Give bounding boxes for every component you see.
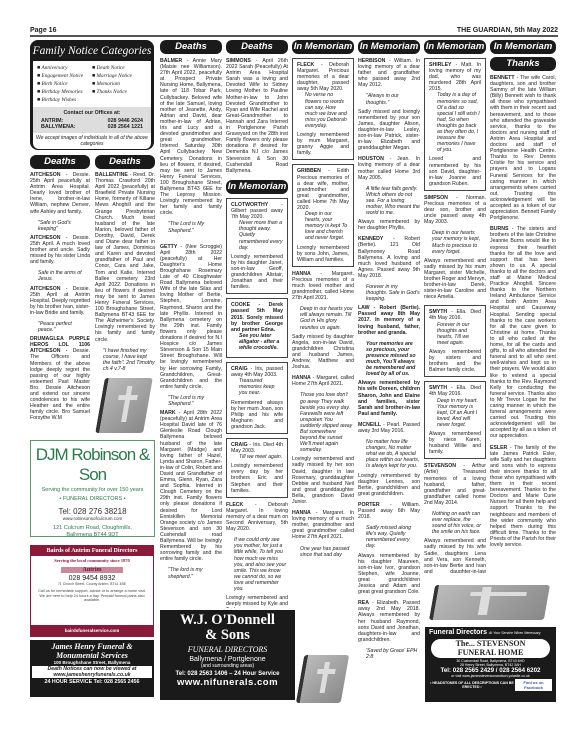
ad-name: & Sons xyxy=(160,628,295,643)
memoriam-notice: LAW - Robert (Bertie). Passed away 8th M… xyxy=(358,305,420,335)
deaths-column-4: SIMMONS - April 26th 2022 Sarah (Peacefu… xyxy=(226,58,288,178)
ad-website: www.nifunerals.com xyxy=(160,677,295,688)
notice-text: Sadly missed by daughter Angela, son-in-… xyxy=(292,334,354,371)
notice-text: Always remembered and sadly missed by hi… xyxy=(424,258,486,301)
category-item: Birthday Wishes xyxy=(37,96,92,104)
ad-address: 71 Church Street, County Antrim, BT41 4B… xyxy=(31,582,153,586)
ad-phone: Tel: 028 276 38218 xyxy=(31,507,154,516)
memoriam-notice: COOKE - Derek passed 5th May 2015. Sorel… xyxy=(226,298,288,358)
category-item: Birthday Memories xyxy=(37,88,92,96)
memoriam-notice: CLOTWORTHY - Gilbert passed away 7th May… xyxy=(226,198,288,294)
memoriam-notice: FLECK - Deborah Margaret. In loving memo… xyxy=(226,502,288,532)
memoriam-notice: FLECK - Deborah Margaret. Precious memor… xyxy=(292,58,354,160)
deaths-header: Deaths xyxy=(30,155,90,169)
memoriam-column-7: SHIRLEY - Matt. In loving memory of my d… xyxy=(424,58,486,573)
categories-title: Family Notice Categories xyxy=(30,40,154,57)
notice-text: Lovingly remembered and sadly missed by … xyxy=(292,456,354,505)
notice-verse: If we could only see you mother, for jus… xyxy=(226,537,288,592)
ad-slogan: Serving the local community since 1870 xyxy=(31,558,153,563)
deaths-header: Deaths xyxy=(95,155,155,169)
thanks-notice: ESLER - The family of the late James Pat… xyxy=(490,445,556,549)
ad-notice: Death Notices can now be viewed at www.j… xyxy=(32,666,152,678)
category-item: Birth Notice xyxy=(37,80,92,88)
notice-verse: "The Lord is My Shepherd." xyxy=(160,221,222,233)
notice-verse: One year has passed since that sad day W… xyxy=(292,546,354,558)
contact-offices: Contact our Offices at: ANTRIM:028 9446 … xyxy=(33,107,151,133)
memoriam-notice: HANNA - Margaret. In loving memory of a … xyxy=(292,510,354,540)
ad-name: James Henry Funeral & Monumental Service… xyxy=(30,640,154,660)
facebook-icon: Find us on Facebook xyxy=(515,679,552,691)
wj-odonnell-ad: W.J. O'Donnell & Sons FUNERAL DIRECTORS … xyxy=(160,610,295,700)
notice-verse: "I have finished my course, I have kept … xyxy=(95,348,155,372)
notice-verse: Deep in our hearts you will always remai… xyxy=(292,306,354,330)
memoriam-notice: SMYTH - Ella. Died 4th May 2016.Forever … xyxy=(424,305,486,377)
ad-address: 121 Culcrum Road, Cloughmills, xyxy=(31,525,154,532)
memoriam-notice: STEVENSON - Arthur (Artie) Treasured mem… xyxy=(424,463,486,506)
death-notice: DRUMAGLEA PURPLE HEROS LOL 1106 AITCHESO… xyxy=(30,336,90,421)
memoriam-header: In Memoriam xyxy=(490,40,556,54)
memoriam-notice: CRAIG - Iris, passed away 4th May 2003.T… xyxy=(226,362,288,434)
bible-image xyxy=(300,655,345,703)
notice-verse: 'Saved by Grace' EPH 2:8 xyxy=(358,648,420,660)
memoriam-notice: HOUSTON - Jean. In loving memory of a de… xyxy=(358,156,420,180)
death-notice: BALMER - Annie Mary (Maisie nee Williams… xyxy=(160,58,222,216)
notice-verse: Sadly missed along life's way, Quietly r… xyxy=(358,525,420,549)
notice-verse: No matter how life changes, No matter wh… xyxy=(358,439,420,469)
category-item: Marriage Notice xyxy=(92,72,147,80)
notice-text: Lovingly remembered by daughter Lennes, … xyxy=(358,473,420,497)
memoriam-column-5: FLECK - Deborah Margaret. Precious memor… xyxy=(292,58,354,558)
category-item: Engagement Notice xyxy=(37,72,92,80)
page-number: Page 16 xyxy=(30,27,56,34)
bible-image xyxy=(432,585,547,620)
bairds-ad: Bairds of Antrim Funeral Directors Servi… xyxy=(30,545,154,637)
memoriam-header: In Memoriam xyxy=(226,180,288,194)
deaths-column-3: BALMER - Annie Mary (Maisie nee Williams… xyxy=(160,58,222,606)
memoriam-notice: SHIRLEY - Matt. In loving memory of my d… xyxy=(424,58,486,191)
memoriam-notice: GRIBBEN - Edith Precious memories of a d… xyxy=(292,164,354,266)
deaths-header: Deaths xyxy=(226,40,288,54)
ad-tagline: At Your Service When Necessary xyxy=(489,631,541,635)
memoriam-notice: HANNA - Margaret, called Home 27th April… xyxy=(292,375,354,387)
death-notice: AITCHESON - Dessie. 25th April peacefull… xyxy=(30,172,90,215)
ad-location: Ballymena / Portglenone xyxy=(160,656,295,663)
ad-address: Ballymena BT44 9DT xyxy=(31,532,154,537)
category-item: Thanks Notice xyxy=(92,88,147,96)
bible-image xyxy=(100,378,148,433)
memoriam-header: In Memoriam xyxy=(292,40,354,54)
header-rule xyxy=(30,35,558,37)
ad-name: FUNERAL HOME xyxy=(432,649,549,658)
office-name: BALLYMENA: xyxy=(41,124,76,130)
ad-phone: 028 9454 8932 xyxy=(31,575,153,582)
notice-verse: "The Lord is my Shepherd." xyxy=(160,395,222,407)
deaths-column-1: AITCHESON - Dessie. 25th April peacefull… xyxy=(30,172,90,434)
ad-name: W.J. O'Donnell xyxy=(160,610,295,628)
death-notice: GETTY - (Nee Scroggie) April 28th 2022 (… xyxy=(160,244,222,390)
thanks-notice: BENNETT - The wife Carol, daughters, son… xyxy=(490,75,556,221)
category-item: Anniversary xyxy=(37,64,92,72)
ad-name: Bairds of Antrim Funeral Directors xyxy=(31,546,153,556)
memoriam-notice: MCNEILL - Pearl. Passed away 3rd May 201… xyxy=(358,422,420,434)
deaths-column-2: BALLENTINE - Revd. Dr. Thomas Crawford 2… xyxy=(95,172,155,372)
notice-verse: Deep in our hearts your memory is kept, … xyxy=(424,230,486,254)
notice-text: Always remembered by his wife Doreen, ch… xyxy=(358,380,420,417)
memoriam-notice: SIMPSON - Norman. Precious memories of a… xyxy=(424,195,486,225)
memoriam-notice: REA - Elizabeth. Passed away 2nd May 201… xyxy=(358,600,420,643)
death-notice: SIMMONS - April 26th 2022 Sarah (Peacefu… xyxy=(226,58,288,174)
thanks-header: Thanks xyxy=(490,57,556,71)
memoriam-column-6: HERBISON - William. In loving memory of … xyxy=(358,58,420,698)
ad-phone: Tel: 028 2565 2429 / 028 2564 6202 xyxy=(425,667,556,674)
notice-text: Always remembered and sadly missed by hi… xyxy=(424,538,486,573)
contact-title: Contact our Offices at: xyxy=(41,110,143,116)
ad-area: (and surrounding areas) xyxy=(160,663,295,669)
memoriam-notice: KENNEDY - Robert (Bertie). 121 Old Bally… xyxy=(358,236,420,279)
memoriam-notice: HANNA - Margaret. Precious memories of a… xyxy=(292,271,354,301)
death-notice: AITCHESON - Dessie. 25th April. A much l… xyxy=(30,235,90,265)
ad-subtitle: • FUNERAL DIRECTORS • xyxy=(31,496,154,502)
notice-verse: A little tear falls gently. Which others… xyxy=(358,186,420,216)
memoriam-header: In Memoriam xyxy=(358,40,420,54)
death-notice: AITCHESON - Dessie. 25th April at Antrim… xyxy=(30,286,90,316)
notice-text: Always remembered by his daughter Mauree… xyxy=(358,553,420,596)
categories-note: We accept images of individuals in all o… xyxy=(33,133,151,149)
category-item: Memoriam xyxy=(92,80,147,88)
masthead-date: THE GUARDIAN, 5th May 2022 xyxy=(457,27,558,34)
ad-headstones: • HEADSTONES OF ALL DESCRIPTIONS CAN BE … xyxy=(429,681,515,689)
memoriam-notice: SMYTH - Ella. Died 4th May 2016.Deep in … xyxy=(424,381,486,459)
ad-heading: Funeral Directors xyxy=(429,629,487,636)
memoriam-notice: PORTER - William. Passed away 6th May 20… xyxy=(358,502,420,520)
ad-subtitle: FUNERAL DIRECTORS xyxy=(160,645,295,654)
ad-phone: 24 HOUR SERVICE Tel: 028 2565 2456 xyxy=(30,679,154,685)
notice-verse: "The lord is my shepherd." xyxy=(160,567,222,579)
notice-verse: Safe in the arms of Jesus. xyxy=(30,270,90,282)
james-henry-ad: James Henry Funeral & Monumental Service… xyxy=(30,640,154,697)
category-item: Death Notice xyxy=(92,64,147,72)
notice-verse: "Safe in God's keeping" xyxy=(30,220,90,232)
family-notice-categories: Family Notice Categories Anniversary Dea… xyxy=(30,40,154,150)
notice-text: Sadly missed and lovingly remembered by … xyxy=(358,109,420,152)
categories-list: Anniversary Death Notice Engagement Noti… xyxy=(33,61,151,107)
stevenson-funeral-home-ad: Funeral Directors At Your Service When N… xyxy=(425,627,556,702)
death-notice: BALLENTINE - Revd. Dr. Thomas Crawford 2… xyxy=(95,172,155,343)
ad-name: DJM Robinson & Son xyxy=(31,445,154,485)
ad-message: Call us for immediate support, advice or… xyxy=(31,589,153,603)
death-notice: MARK - April 28th 2022 (peacefully) at A… xyxy=(160,410,222,562)
ad-website: www.robinsonsofculcrum.com xyxy=(31,516,154,521)
memoriam-notice: CRAIG - Iris. Died 4th May 2003.Till we … xyxy=(226,438,288,498)
notice-verse: Those you love don't go away They walk b… xyxy=(292,392,354,453)
djm-robinson-ad: DJM Robinson & Son Serving the community… xyxy=(30,440,155,537)
notice-verse: Nothing on earth can ever replace, the s… xyxy=(424,511,486,535)
memoriam-notice: HERBISON - William. In loving memory of … xyxy=(358,58,420,88)
ad-website: bairdsfuneralservice.com xyxy=(31,625,153,636)
notice-text: Lovingly remembered and deeply missed by… xyxy=(226,595,288,608)
notice-verse: Your memories are so precious, your pres… xyxy=(358,341,420,378)
notice-text: Always remembered by her daughter Phylli… xyxy=(358,219,420,231)
thanks-column: BENNETT - The wife Carol, daughters, son… xyxy=(490,75,556,575)
ad-location: Antrim xyxy=(61,567,123,573)
ad-slogan: Serving the community for over 150 years xyxy=(31,487,154,493)
notice-verse: Forever in my thoughts. Safe in God's ke… xyxy=(358,284,420,302)
ad-address: 100 Broughshane Street, Ballymena xyxy=(30,660,154,665)
memoriam-column-4: CLOTWORTHY - Gilbert passed away 7th May… xyxy=(226,198,288,608)
notice-verse: "Peace perfect peace." xyxy=(30,321,90,333)
memoriam-header: In Memoriam xyxy=(424,40,486,54)
office-phone: 028 2564 1221 xyxy=(108,124,143,130)
deaths-header: Deaths xyxy=(160,40,222,54)
thanks-notice: BURNS - The sisters and brothers of the … xyxy=(490,226,556,439)
notice-verse: "Always in our thoughts." xyxy=(358,93,420,105)
